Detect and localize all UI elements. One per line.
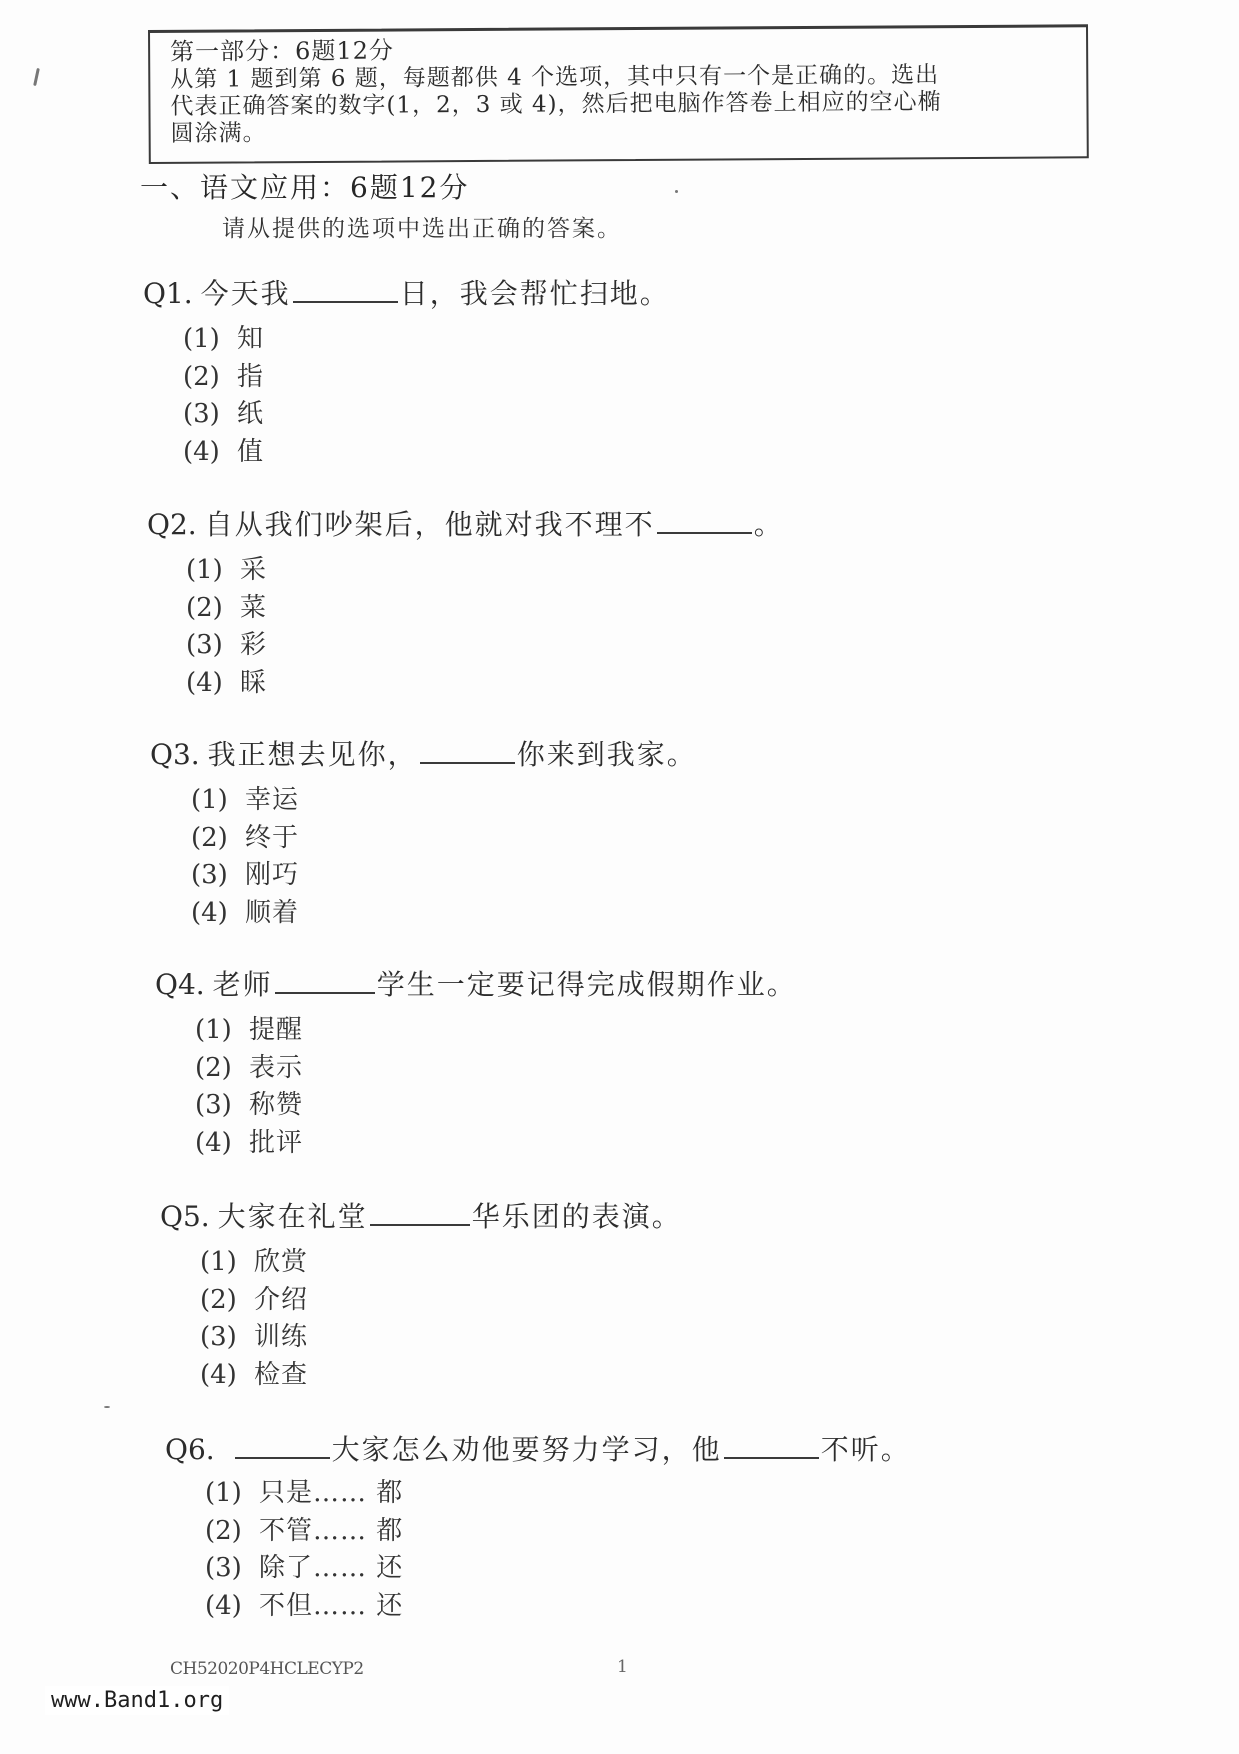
option-number: (2) xyxy=(195,1053,249,1083)
option-text: 批评 xyxy=(249,1122,303,1159)
stem-text: 老师 xyxy=(213,963,273,1003)
option-1: (1)采 xyxy=(186,549,267,587)
option-number: (2) xyxy=(205,1516,259,1546)
option-text: 指 xyxy=(237,356,264,393)
scan-mark xyxy=(104,1406,110,1408)
option-text: 检查 xyxy=(254,1354,308,1391)
stem-text: 学生一定要记得完成假期作业。 xyxy=(377,963,797,1003)
question-number: Q5. xyxy=(160,1200,210,1233)
instruction-line-1: 从第 1 题到第 6 题，每题都供 4 个选项，其中只有一个是正确的。选出 xyxy=(170,62,939,93)
question-number: Q3. xyxy=(150,738,200,771)
stem-text: 今天我 xyxy=(201,272,291,312)
option-1: (1)知 xyxy=(183,318,264,356)
option-4: (4)批评 xyxy=(195,1122,303,1160)
stem-text: 你来到我家。 xyxy=(517,733,697,773)
option-text: 值 xyxy=(237,431,264,468)
question-number: Q6. xyxy=(165,1433,215,1466)
option-number: (1) xyxy=(183,324,237,354)
question-1: Q1. 今天我 日，我会帮忙扫地。 xyxy=(143,272,670,312)
option-2: (2)表示 xyxy=(195,1047,303,1085)
stem-text: 日，我会帮忙扫地。 xyxy=(400,272,670,312)
stem-text: 。 xyxy=(754,503,784,543)
option-4: (4)值 xyxy=(183,431,264,469)
question-stem: Q3. 我正想去见你， 你来到我家。 xyxy=(150,733,697,773)
question-4: Q4. 老师 学生一定要记得完成假期作业。 xyxy=(155,963,797,1003)
option-number: (3) xyxy=(195,1090,249,1120)
options-q2: (1)采 (2)菜 (3)彩 (4)睬 xyxy=(186,549,267,699)
option-text: 睬 xyxy=(240,662,267,699)
option-text: 训练 xyxy=(254,1316,308,1353)
option-number: (4) xyxy=(200,1360,254,1390)
option-number: (1) xyxy=(205,1478,259,1508)
answer-blank-2 xyxy=(724,1431,819,1459)
option-2: (2)终于 xyxy=(191,817,299,855)
part-title: 第一部分：6题12分 xyxy=(170,37,394,64)
question-stem: Q4. 老师 学生一定要记得完成假期作业。 xyxy=(155,963,797,1003)
option-text: 除了…… 还 xyxy=(259,1547,403,1584)
scan-mark xyxy=(675,190,678,193)
option-1: (1)只是…… 都 xyxy=(205,1472,403,1510)
stem-text: 不听。 xyxy=(821,1428,911,1468)
section-subtitle: 请从提供的选项中选出正确的答案。 xyxy=(222,210,622,243)
answer-blank xyxy=(370,1198,470,1226)
option-number: (2) xyxy=(200,1285,254,1315)
option-3: (3)训练 xyxy=(200,1316,308,1354)
watermark: www.Band1.org xyxy=(45,1686,229,1715)
paper-code: CH52020P4HCLECYP2 xyxy=(170,1659,364,1679)
option-3: (3)彩 xyxy=(186,624,267,662)
question-stem: Q2. 自从我们吵架后，他就对我不理不 。 xyxy=(147,503,784,543)
option-4: (4)顺着 xyxy=(191,892,299,930)
question-number: Q4. xyxy=(155,968,205,1001)
option-2: (2)指 xyxy=(183,356,264,394)
question-3: Q3. 我正想去见你， 你来到我家。 xyxy=(150,733,697,773)
option-number: (3) xyxy=(200,1322,254,1352)
option-number: (2) xyxy=(183,362,237,392)
options-q1: (1)知 (2)指 (3)纸 (4)值 xyxy=(183,318,264,468)
question-6: Q6. 大家怎么劝他要努力学习，他 不听。 xyxy=(165,1428,911,1468)
option-text: 顺着 xyxy=(245,892,299,929)
option-text: 刚巧 xyxy=(245,854,299,891)
answer-blank xyxy=(275,966,375,994)
option-3: (3)刚巧 xyxy=(191,854,299,892)
section-title: 一、语文应用：6题12分 xyxy=(140,166,469,206)
option-number: (3) xyxy=(183,399,237,429)
question-number: Q1. xyxy=(143,277,193,310)
option-text: 不但…… 还 xyxy=(259,1585,403,1622)
option-text: 称赞 xyxy=(249,1084,303,1121)
option-text: 提醒 xyxy=(249,1009,303,1046)
option-number: (4) xyxy=(195,1128,249,1158)
answer-blank-1 xyxy=(235,1431,330,1459)
option-text: 介绍 xyxy=(254,1279,308,1316)
option-text: 表示 xyxy=(249,1047,303,1084)
stem-text: 大家在礼堂 xyxy=(218,1195,368,1235)
option-number: (4) xyxy=(183,437,237,467)
option-text: 彩 xyxy=(240,624,267,661)
options-q5: (1)欣赏 (2)介绍 (3)训练 (4)检查 xyxy=(200,1241,308,1391)
stem-text: 华乐团的表演。 xyxy=(472,1195,682,1235)
option-number: (1) xyxy=(200,1247,254,1277)
stem-text: 我正想去见你， xyxy=(208,733,418,773)
option-text: 采 xyxy=(240,549,267,586)
option-number: (4) xyxy=(191,898,245,928)
options-q4: (1)提醒 (2)表示 (3)称赞 (4)批评 xyxy=(195,1009,303,1159)
option-4: (4)检查 xyxy=(200,1354,308,1392)
question-5: Q5. 大家在礼堂 华乐团的表演。 xyxy=(160,1195,682,1235)
answer-blank xyxy=(657,506,752,534)
question-number: Q2. xyxy=(147,508,197,541)
option-text: 知 xyxy=(237,318,264,355)
scan-mark xyxy=(33,68,40,86)
option-3: (3)纸 xyxy=(183,393,264,431)
option-number: (3) xyxy=(205,1553,259,1583)
option-number: (1) xyxy=(195,1015,249,1045)
option-4: (4)不但…… 还 xyxy=(205,1585,403,1623)
option-2: (2)介绍 xyxy=(200,1279,308,1317)
option-text: 欣赏 xyxy=(254,1241,308,1278)
question-2: Q2. 自从我们吵架后，他就对我不理不 。 xyxy=(147,503,784,543)
question-stem: Q5. 大家在礼堂 华乐团的表演。 xyxy=(160,1195,682,1235)
option-text: 幸运 xyxy=(245,779,299,816)
question-stem: Q6. 大家怎么劝他要努力学习，他 不听。 xyxy=(165,1428,911,1468)
option-2: (2)不管…… 都 xyxy=(205,1510,403,1548)
instructions-box: 第一部分：6题12分 从第 1 题到第 6 题，每题都供 4 个选项，其中只有一… xyxy=(148,24,1089,164)
option-number: (3) xyxy=(186,630,240,660)
answer-blank xyxy=(293,275,398,303)
option-number: (1) xyxy=(191,785,245,815)
options-q6: (1)只是…… 都 (2)不管…… 都 (3)除了…… 还 (4)不但…… 还 xyxy=(205,1472,403,1622)
option-text: 终于 xyxy=(245,817,299,854)
option-1: (1)提醒 xyxy=(195,1009,303,1047)
option-text: 不管…… 都 xyxy=(259,1510,403,1547)
option-4: (4)睬 xyxy=(186,662,267,700)
stem-text: 自从我们吵架后，他就对我不理不 xyxy=(205,503,655,543)
option-2: (2)菜 xyxy=(186,587,267,625)
answer-blank xyxy=(420,736,515,764)
option-1: (1)欣赏 xyxy=(200,1241,308,1279)
option-number: (1) xyxy=(186,555,240,585)
option-number: (4) xyxy=(186,668,240,698)
option-3: (3)称赞 xyxy=(195,1084,303,1122)
option-number: (3) xyxy=(191,860,245,890)
options-q3: (1)幸运 (2)终于 (3)刚巧 (4)顺着 xyxy=(191,779,299,929)
option-text: 纸 xyxy=(237,393,264,430)
option-number: (4) xyxy=(205,1591,259,1621)
option-number: (2) xyxy=(186,593,240,623)
option-1: (1)幸运 xyxy=(191,779,299,817)
instruction-line-2: 代表正确答案的数字(1，2，3 或 4)，然后把电脑作答卷上相应的空心椭 xyxy=(170,89,941,120)
option-text: 只是…… 都 xyxy=(259,1472,403,1509)
stem-text: 大家怎么劝他要努力学习，他 xyxy=(332,1428,722,1468)
question-stem: Q1. 今天我 日，我会帮忙扫地。 xyxy=(143,272,670,312)
option-text: 菜 xyxy=(240,587,267,624)
option-3: (3)除了…… 还 xyxy=(205,1547,403,1585)
page-number: 1 xyxy=(617,1657,628,1677)
option-number: (2) xyxy=(191,823,245,853)
instruction-line-3: 圆涂满。 xyxy=(171,120,267,147)
